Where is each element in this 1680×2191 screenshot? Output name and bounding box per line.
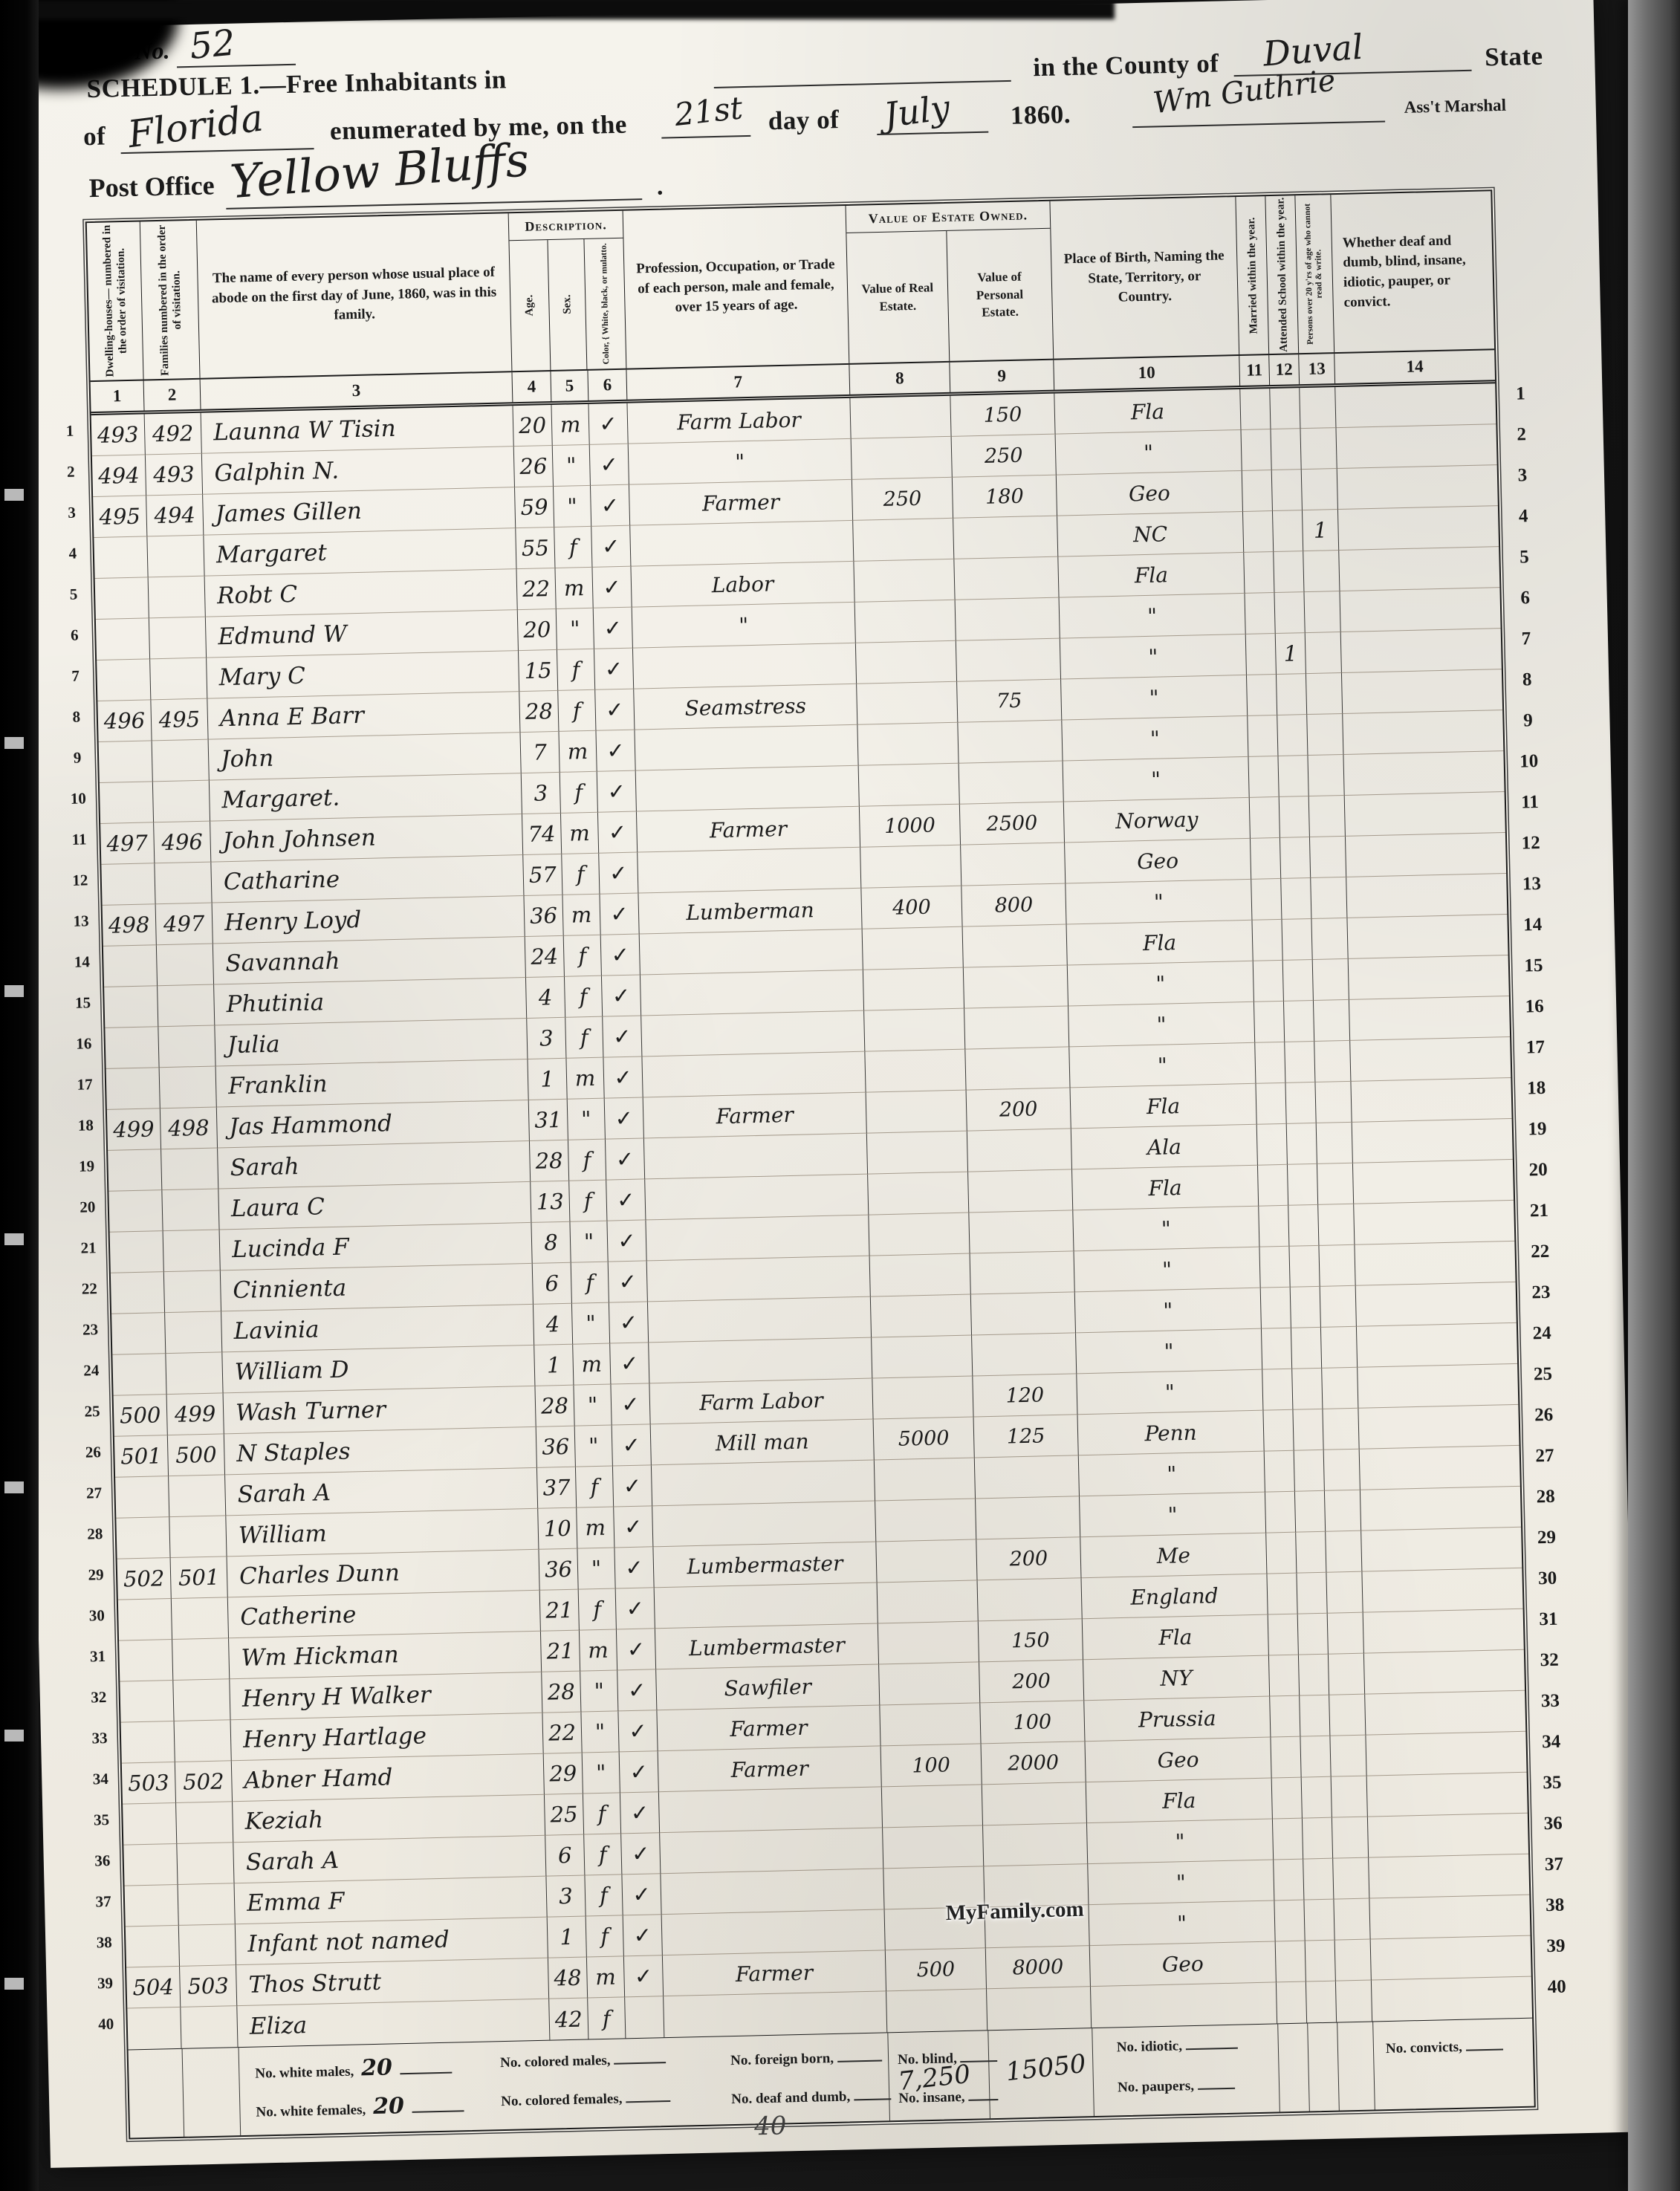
cell-school	[1287, 1123, 1317, 1165]
cell-family	[169, 1516, 227, 1558]
cell-school	[1303, 1859, 1334, 1901]
cell-occupation: Mill man	[651, 1420, 875, 1466]
line-number-left: 29	[80, 1554, 111, 1596]
cell-family	[179, 1924, 236, 1967]
cell-age: 28	[535, 1386, 574, 1427]
cell-personal_estate	[983, 1823, 1088, 1866]
cell-birthplace: "	[1079, 1452, 1265, 1497]
cell-family	[173, 1679, 230, 1721]
cell-dwelling: 498	[103, 904, 157, 947]
cell-married	[1257, 1124, 1288, 1166]
cell-name: Launna W Tisin	[201, 406, 514, 454]
cell-cannot_read	[1332, 1817, 1369, 1859]
cell-remarks	[1355, 1241, 1515, 1286]
table-body: 493492Launna W Tisin20m✓Farm Labor150Fla…	[91, 383, 1532, 2049]
cell-dwelling	[96, 618, 150, 660]
estate-group-header: Value of Estate Owned.	[846, 201, 1051, 233]
cell-remarks	[1362, 1568, 1522, 1613]
cell-age: 25	[545, 1794, 584, 1836]
cell-color_check: ✓	[622, 1874, 661, 1915]
cell-name: Charles Dunn	[227, 1550, 540, 1598]
cell-remarks	[1342, 669, 1502, 714]
cell-name: Infant not named	[236, 1918, 548, 1966]
cell-remarks	[1356, 1282, 1517, 1327]
cell-family	[163, 1230, 221, 1272]
cell-cannot_read	[1322, 1368, 1358, 1409]
cell-color_check: ✓	[591, 485, 630, 527]
cell-personal_estate: 150	[979, 1619, 1083, 1662]
cell-real_estate	[878, 1580, 979, 1623]
line-number-right: 17	[1516, 1027, 1555, 1068]
line-number-left: 3	[56, 492, 88, 533]
cell-birthplace: NY	[1083, 1656, 1270, 1701]
cell-age: 48	[548, 1957, 588, 1999]
cell-occupation: Farm Labor	[627, 398, 851, 444]
cell-sex: m	[562, 895, 600, 936]
cell-personal_estate	[956, 639, 1061, 682]
cell-family: 494	[146, 495, 204, 537]
census-page: Page No. 52 SCHEDULE 1.—Free Inhabitants…	[2, 0, 1642, 2168]
cell-color_check: ✓	[597, 771, 637, 813]
cell-married	[1248, 715, 1278, 757]
cell-name: Wash Turner	[224, 1386, 536, 1435]
cell-color_check: ✓	[618, 1710, 658, 1752]
line-number-left: 31	[82, 1636, 114, 1678]
cell-real_estate	[859, 764, 960, 807]
cell-color_check: ✓	[609, 1302, 649, 1343]
cell-married	[1244, 552, 1274, 594]
cell-name: Sarah	[218, 1141, 531, 1189]
cell-remarks	[1358, 1405, 1519, 1450]
cell-occupation: Lumbermaster	[653, 1542, 877, 1588]
cell-personal_estate: 75	[957, 680, 1062, 723]
colnum-8: 8	[849, 363, 950, 395]
idiotic-label: No. idiotic,	[1117, 2037, 1238, 2057]
state-handwritten: Florida	[126, 96, 265, 156]
cell-sex: "	[553, 445, 591, 487]
day-of-label: day of	[768, 105, 839, 136]
cell-family	[155, 863, 212, 905]
cell-married	[1252, 920, 1282, 961]
line-number-left: 14	[66, 941, 98, 983]
cell-real_estate	[850, 396, 951, 439]
cell-birthplace: Fla	[1071, 1084, 1257, 1129]
cell-occupation	[640, 970, 864, 1016]
col-married-header: Married within the year.	[1244, 217, 1260, 334]
cell-remarks	[1346, 833, 1506, 877]
cell-name: Mary C	[207, 651, 519, 699]
state-label: State	[1485, 42, 1543, 73]
cell-sex: m	[559, 731, 597, 773]
cell-married	[1266, 1533, 1297, 1574]
cell-color_check: ✓	[609, 1261, 648, 1302]
line-number-right: 11	[1510, 782, 1549, 823]
cell-birthplace: "	[1074, 1247, 1261, 1293]
cell-school	[1280, 796, 1310, 838]
cell-age: 36	[536, 1426, 576, 1468]
cell-real_estate	[872, 1336, 973, 1379]
cell-color_check: ✓	[617, 1669, 657, 1711]
cell-real_estate	[870, 1254, 971, 1297]
cell-remarks	[1341, 629, 1502, 673]
cell-school	[1274, 592, 1305, 634]
cell-personal_estate	[964, 965, 1068, 1008]
cell-school	[1283, 960, 1314, 1002]
cell-color_check: ✓	[607, 1220, 646, 1262]
cell-sex: f	[588, 1997, 626, 2039]
cell-color_check: ✓	[614, 1547, 654, 1588]
cell-color_check: ✓	[599, 853, 638, 895]
cell-sex: "	[574, 1385, 612, 1426]
cell-school	[1277, 715, 1308, 756]
cell-family	[166, 1352, 223, 1395]
cell-sex: m	[561, 813, 599, 854]
cell-remarks	[1350, 1037, 1511, 1082]
cell-birthplace: Prussia	[1084, 1697, 1271, 1742]
cell-occupation: Farmer	[658, 1746, 882, 1792]
cell-name: John	[209, 733, 522, 781]
cell-dwelling	[126, 1926, 180, 1968]
cell-occupation: Farmer	[657, 1705, 880, 1751]
cell-real_estate	[857, 682, 958, 725]
post-office-handwritten: Yellow Bluffs	[228, 132, 531, 209]
cell-age: 28	[519, 691, 559, 733]
cell-personal_estate	[967, 1129, 1072, 1172]
cell-age: 36	[539, 1549, 578, 1591]
cell-age: 7	[520, 732, 560, 773]
cell-sex: f	[554, 527, 592, 568]
cell-sex: f	[568, 1140, 606, 1181]
cell-color_check: ✓	[595, 689, 635, 731]
cell-remarks	[1346, 874, 1507, 918]
cell-cannot_read	[1310, 837, 1346, 878]
cell-sex: m	[551, 404, 589, 446]
cell-married	[1254, 1002, 1285, 1043]
cell-sex: f	[565, 976, 603, 1018]
cell-sex: "	[580, 1670, 618, 1712]
line-number-right: 20	[1519, 1149, 1558, 1191]
cell-personal_estate	[956, 598, 1060, 641]
cell-cannot_read	[1326, 1572, 1363, 1614]
cell-married	[1242, 470, 1273, 512]
cell-dwelling	[104, 986, 158, 1028]
cell-cannot_read	[1334, 1899, 1370, 1941]
cell-sex: "	[568, 1099, 606, 1140]
line-number-left: 27	[78, 1473, 110, 1514]
cell-age: 26	[514, 446, 554, 487]
cell-real_estate	[876, 1539, 977, 1583]
cell-family: 493	[146, 454, 203, 496]
line-number-right: 38	[1535, 1884, 1574, 1926]
cell-sex: "	[583, 1752, 620, 1794]
line-number-right: 7	[1506, 618, 1546, 660]
cell-personal_estate: 8000	[986, 1946, 1091, 1989]
cell-school	[1306, 1981, 1337, 2023]
cell-color_check: ✓	[610, 1343, 649, 1384]
cell-dwelling	[127, 2007, 181, 2050]
cell-sex: f	[586, 1915, 624, 1957]
scan-right-edge	[1628, 0, 1680, 2191]
cell-school	[1272, 470, 1303, 511]
cell-cannot_read	[1330, 1736, 1366, 1777]
cell-cannot_read	[1329, 1695, 1366, 1736]
cell-dwelling	[111, 1313, 166, 1355]
cell-school	[1303, 1818, 1333, 1860]
cell-occupation	[640, 929, 863, 976]
cell-occupation	[652, 1461, 875, 1507]
cell-dwelling	[119, 1640, 173, 1682]
cell-occupation	[647, 1256, 871, 1302]
cell-remarks	[1368, 1814, 1528, 1858]
colnum-3: 3	[201, 372, 513, 409]
cell-name: Wm Hickman	[229, 1632, 542, 1680]
line-number-right: 2	[1502, 414, 1541, 455]
line-number-right: 27	[1525, 1435, 1564, 1476]
cell-remarks	[1360, 1487, 1521, 1531]
cell-name: Eliza	[237, 1999, 550, 2048]
table-header: Dwelling-houses— numbered in the order o…	[87, 191, 1494, 382]
cell-cannot_read	[1302, 469, 1338, 510]
cell-name: Cinnienta	[221, 1264, 533, 1312]
cell-color_check: ✓	[620, 1792, 660, 1834]
cell-birthplace: "	[1088, 1860, 1274, 1905]
cell-personal_estate: 800	[961, 883, 1066, 926]
cell-sex: f	[576, 1467, 614, 1508]
cell-school	[1291, 1328, 1322, 1369]
cell-remarks	[1338, 506, 1499, 551]
cell-color_check: ✓	[594, 649, 634, 690]
cell-real_estate	[871, 1295, 972, 1338]
cell-personal_estate	[970, 1251, 1075, 1294]
cell-name: Robt C	[205, 569, 518, 617]
line-number-left: 38	[88, 1922, 120, 1964]
col-birthplace-header: Place of Birth, Naming the State, Territ…	[1051, 246, 1238, 309]
cell-color_check: ✓	[623, 1915, 663, 1956]
cell-occupation: Farmer	[643, 1093, 867, 1139]
cell-family: 501	[171, 1557, 228, 1599]
cell-color_check: ✓	[621, 1833, 661, 1874]
cell-birthplace: "	[1068, 1002, 1255, 1048]
cell-married	[1269, 1655, 1300, 1697]
cell-real_estate	[856, 641, 957, 684]
cell-dwelling	[103, 945, 158, 987]
cell-cannot_read	[1311, 918, 1348, 960]
cell-name: Catherine	[228, 1591, 541, 1639]
line-number-right: 16	[1515, 986, 1554, 1028]
cell-cannot_read	[1306, 673, 1343, 715]
cell-remarks	[1339, 547, 1499, 591]
cell-occupation: Farmer	[629, 480, 853, 526]
cell-age: 22	[542, 1713, 582, 1754]
cell-remarks	[1352, 1119, 1513, 1163]
cell-color_check: ✓	[611, 1383, 650, 1425]
cell-school	[1298, 1614, 1329, 1655]
white-females-count: 20	[366, 2093, 412, 2120]
col-dwelling-header: Dwelling-houses— numbered in the order o…	[100, 222, 130, 380]
line-number-left: 17	[68, 1064, 100, 1106]
watermark: MyFamily.com	[945, 1898, 1084, 1927]
cell-name: Edmund W	[206, 610, 519, 658]
colnum-9: 9	[950, 360, 1054, 392]
cell-personal_estate	[971, 1292, 1076, 1335]
cell-real_estate	[852, 437, 953, 480]
line-number-left: 18	[70, 1105, 102, 1146]
cell-sex: f	[558, 690, 596, 732]
line-number-left: 40	[90, 2004, 122, 2045]
cell-remarks	[1369, 1854, 1529, 1899]
cell-cannot_read	[1325, 1490, 1361, 1532]
line-number-left: 4	[56, 533, 88, 574]
cell-remarks	[1357, 1323, 1517, 1368]
cell-personal_estate	[965, 1047, 1070, 1090]
cell-personal_estate	[954, 557, 1059, 600]
cell-school	[1300, 1736, 1331, 1778]
cell-remarks	[1336, 424, 1496, 469]
cell-remarks	[1358, 1364, 1518, 1409]
cell-color_check: ✓	[596, 730, 635, 772]
cell-dwelling	[100, 782, 154, 824]
cell-cannot_read	[1315, 1082, 1352, 1123]
colnum-1: 1	[91, 380, 145, 412]
cell-family	[178, 1883, 236, 1926]
cell-birthplace: "	[1073, 1207, 1259, 1252]
cell-birthplace: "	[1061, 675, 1248, 721]
cell-birthplace: Me	[1080, 1533, 1267, 1579]
month-handwritten: July	[882, 87, 953, 135]
line-number-right: 15	[1514, 945, 1553, 987]
cell-birthplace: "	[1080, 1493, 1266, 1538]
cell-family	[162, 1189, 219, 1231]
cell-school	[1270, 388, 1300, 429]
cell-dwelling: 503	[122, 1762, 176, 1805]
cell-school	[1280, 837, 1311, 879]
cell-real_estate	[855, 600, 956, 643]
cell-real_estate	[863, 968, 964, 1011]
line-number-left: 2	[55, 451, 87, 493]
cell-family	[161, 1148, 218, 1190]
cell-married	[1245, 593, 1275, 634]
cell-birthplace: "	[1066, 880, 1252, 925]
convicts-label: No. convicts,	[1386, 2039, 1503, 2058]
cell-age: 8	[531, 1222, 571, 1264]
cell-family	[147, 536, 204, 578]
colnum-4: 4	[512, 371, 551, 402]
cell-married	[1271, 1737, 1301, 1779]
cell-name: Julia	[215, 1019, 528, 1067]
cell-dwelling	[110, 1231, 164, 1273]
cell-age: 24	[525, 936, 565, 978]
census-table: 1234567891011121314151617181920212223242…	[50, 189, 1577, 2140]
cell-school	[1304, 1900, 1334, 1941]
line-number-left: 33	[83, 1718, 115, 1759]
bottom-page-number: 40	[754, 2111, 787, 2141]
colored-females-label: No. colored females,	[501, 2090, 670, 2110]
line-number-left: 30	[81, 1595, 113, 1637]
cell-sex: f	[584, 1834, 622, 1875]
cell-age: 29	[544, 1753, 583, 1795]
cell-birthplace: Geo	[1057, 471, 1243, 516]
cell-name: Keziah	[233, 1795, 545, 1843]
line-number-left: 26	[77, 1432, 109, 1473]
cell-age: 4	[533, 1304, 573, 1346]
cell-occupation	[645, 1175, 869, 1221]
cell-married	[1259, 1206, 1289, 1247]
line-number-left: 25	[76, 1391, 108, 1432]
cell-school	[1285, 1042, 1315, 1083]
cell-name: Emma F	[235, 1877, 548, 1925]
cell-family	[177, 1843, 234, 1885]
cell-dwelling: 496	[97, 700, 152, 742]
cell-remarks	[1353, 1160, 1514, 1204]
cell-birthplace: Fla	[1054, 389, 1241, 435]
cell-name: Galphin N.	[202, 447, 515, 495]
cell-personal_estate	[987, 1987, 1092, 2030]
line-number-right: 37	[1534, 1843, 1574, 1885]
cell-dwelling: 502	[117, 1558, 172, 1600]
page-header: Page No. 52 SCHEDULE 1.—Free Inhabitants…	[44, 0, 1575, 221]
cell-dwelling	[112, 1354, 166, 1396]
cell-occupation	[638, 848, 861, 894]
cell-birthplace: "	[1077, 1370, 1263, 1415]
cell-age: 20	[513, 405, 553, 447]
cell-personal_estate: 180	[953, 475, 1057, 519]
cell-age: 55	[516, 528, 555, 569]
cell-married	[1253, 961, 1284, 1002]
cell-occupation: "	[632, 603, 856, 649]
cell-sex: f	[557, 649, 595, 691]
cell-cannot_read	[1319, 1245, 1355, 1287]
cell-name: Margaret	[204, 528, 516, 577]
line-number-left: 24	[75, 1350, 107, 1392]
cell-personal_estate: 200	[967, 1088, 1071, 1131]
cell-cannot_read	[1332, 1776, 1368, 1818]
cell-name: Franklin	[216, 1059, 529, 1108]
cell-birthplace: NC	[1057, 512, 1244, 557]
cell-birthplace: Penn	[1078, 1411, 1265, 1456]
cell-color_check: ✓	[605, 1097, 644, 1139]
line-number-left: 13	[65, 900, 97, 942]
cell-name: Margaret.	[210, 773, 522, 822]
cell-remarks	[1371, 1936, 1531, 1981]
cell-family: 502	[175, 1761, 233, 1803]
description-group-header: Description.	[509, 211, 623, 241]
cell-occupation	[664, 1991, 887, 2037]
cell-name: N Staples	[224, 1427, 537, 1476]
cell-birthplace	[1091, 1982, 1277, 2028]
cell-cannot_read	[1336, 1981, 1372, 2022]
cell-dwelling	[105, 1027, 159, 1069]
cell-age: 28	[530, 1140, 569, 1182]
line-number-right: 9	[1508, 700, 1548, 741]
cell-personal_estate: 200	[979, 1660, 1084, 1703]
cell-real_estate	[857, 723, 959, 766]
cell-married	[1272, 1778, 1303, 1820]
cell-personal_estate: 150	[950, 394, 1055, 437]
cell-color_check: ✓	[602, 976, 641, 1017]
line-number-left: 6	[59, 614, 91, 656]
cell-age: 1	[528, 1059, 567, 1100]
cell-occupation: Farmer	[637, 807, 860, 853]
line-number-right: 29	[1527, 1516, 1566, 1558]
cell-sex: m	[577, 1507, 614, 1548]
cell-birthplace: "	[1087, 1819, 1274, 1864]
marshal-underline	[1132, 120, 1385, 128]
line-number-left: 5	[57, 574, 89, 615]
line-number-left: 35	[85, 1799, 117, 1841]
cell-married	[1265, 1451, 1295, 1493]
line-number-right: 24	[1522, 1313, 1562, 1354]
cell-remarks	[1337, 465, 1498, 510]
